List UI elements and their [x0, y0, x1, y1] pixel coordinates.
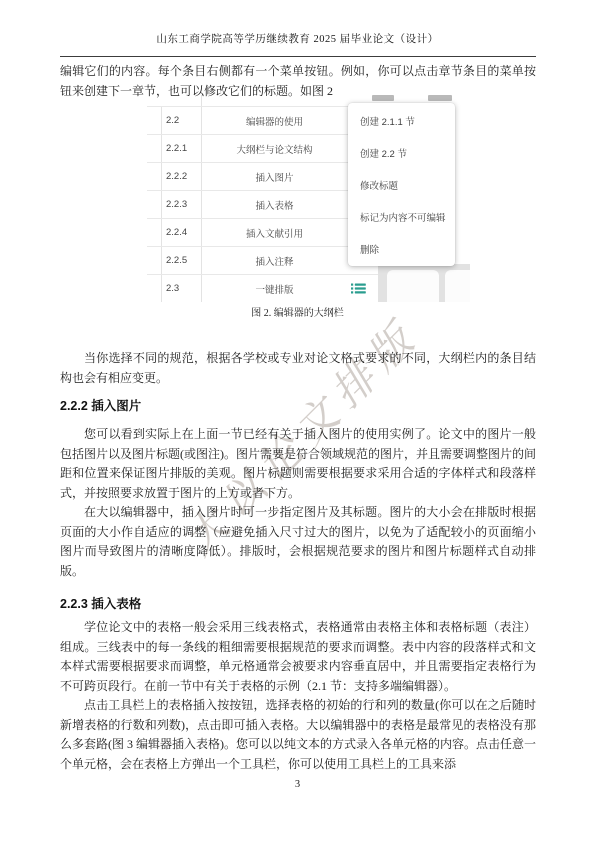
outline-row-number: 2.2: [147, 115, 201, 126]
page-header-title: 山东工商学院高等学历继续教育 2025 届毕业论文（设计）: [0, 31, 595, 46]
outline-row-title: 一键排版: [201, 282, 348, 296]
figure-editor-outline: 2.2 编辑器的使用 2.2.1 大纲栏与论文结构 2.2.2 插入图片 2.2…: [140, 95, 470, 302]
menu-item-mark-uneditable: 标记为内容不可编辑: [348, 201, 455, 233]
outline-row-title: 大纲栏与论文结构: [201, 142, 348, 156]
background-ui-fragment: [428, 95, 452, 101]
outline-row: 2.2.5 插入注释: [147, 246, 381, 274]
outline-row: 2.2 编辑器的使用: [147, 106, 381, 134]
paragraph-spec-change: 当你选择不同的规范，根据各学校或专业对论文格式要求的不同，大纲栏内的条目结构也会…: [60, 349, 536, 388]
outline-row-number: 2.2.4: [147, 227, 201, 238]
outline-row-title: 插入注释: [201, 254, 348, 268]
outline-row: 2.2.1 大纲栏与论文结构: [147, 134, 381, 162]
outline-row: 2.2.4 插入文献引用: [147, 218, 381, 246]
menu-item-create-subsection: 创建 2.1.1 节: [348, 105, 455, 137]
outline-row-number: 2.2.3: [147, 199, 201, 210]
outline-row-title: 插入图片: [201, 170, 348, 184]
paragraph-insert-image-1: 您可以看到实际上在上面一节已经有关于插入图片的使用实例了。论文中的图片一般包括图…: [60, 425, 536, 503]
outline-row-title: 编辑器的使用: [201, 114, 348, 128]
context-menu: 创建 2.1.1 节 创建 2.2 节 修改标题 标记为内容不可编辑 删除: [348, 103, 455, 266]
figure-caption: 图 2. 编辑器的大纲栏: [0, 304, 595, 319]
header-rule: [60, 56, 536, 57]
menu-item-create-section: 创建 2.2 节: [348, 137, 455, 169]
menu-item-rename: 修改标题: [348, 169, 455, 201]
outline-row-title: 插入表格: [201, 198, 348, 212]
heading-insert-table: 2.2.3 插入表格: [60, 594, 536, 614]
menu-item-delete: 删除: [348, 233, 455, 265]
page-number: 3: [0, 779, 595, 790]
outline-row-title: 插入文献引用: [201, 226, 348, 240]
outline-row: 2.2.2 插入图片: [147, 162, 381, 190]
heading-insert-image: 2.2.2 插入图片: [60, 396, 536, 416]
outline-row: 2.3 一键排版: [147, 274, 381, 302]
format-list-icon: [348, 283, 381, 294]
paragraph-insert-table-1: 学位论文中的表格一般会采用三线表格式，表格通常由表格主体和表格标题（表注）组成。…: [60, 618, 536, 696]
background-ui-card: [387, 270, 439, 302]
outline-row-number: 2.2.1: [147, 143, 201, 154]
outline-row: 2.2.3 插入表格: [147, 190, 381, 218]
outline-row-number: 2.3: [147, 283, 201, 294]
background-ui-card: [445, 270, 470, 302]
body-text: 当你选择不同的规范，根据各学校或专业对论文格式要求的不同，大纲栏内的条目结构也会…: [60, 349, 536, 774]
outline-table: 2.2 编辑器的使用 2.2.1 大纲栏与论文结构 2.2.2 插入图片 2.2…: [147, 106, 381, 302]
pdf-page: 大以论文排版 山东工商学院高等学历继续教育 2025 届毕业论文（设计） 编辑它…: [0, 0, 595, 842]
outline-row-number: 2.2.5: [147, 255, 201, 266]
paragraph-insert-table-2: 点击工具栏上的表格插入按按钮，选择表格的初始的行和列的数量(你可以在之后随时新增…: [60, 696, 536, 774]
background-ui-fragment: [372, 95, 394, 101]
paragraph-insert-image-2: 在大以编辑器中，插入图片时可一步指定图片及其标题。图片的大小会在排版时根据页面的…: [60, 503, 536, 581]
outline-row-number: 2.2.2: [147, 171, 201, 182]
